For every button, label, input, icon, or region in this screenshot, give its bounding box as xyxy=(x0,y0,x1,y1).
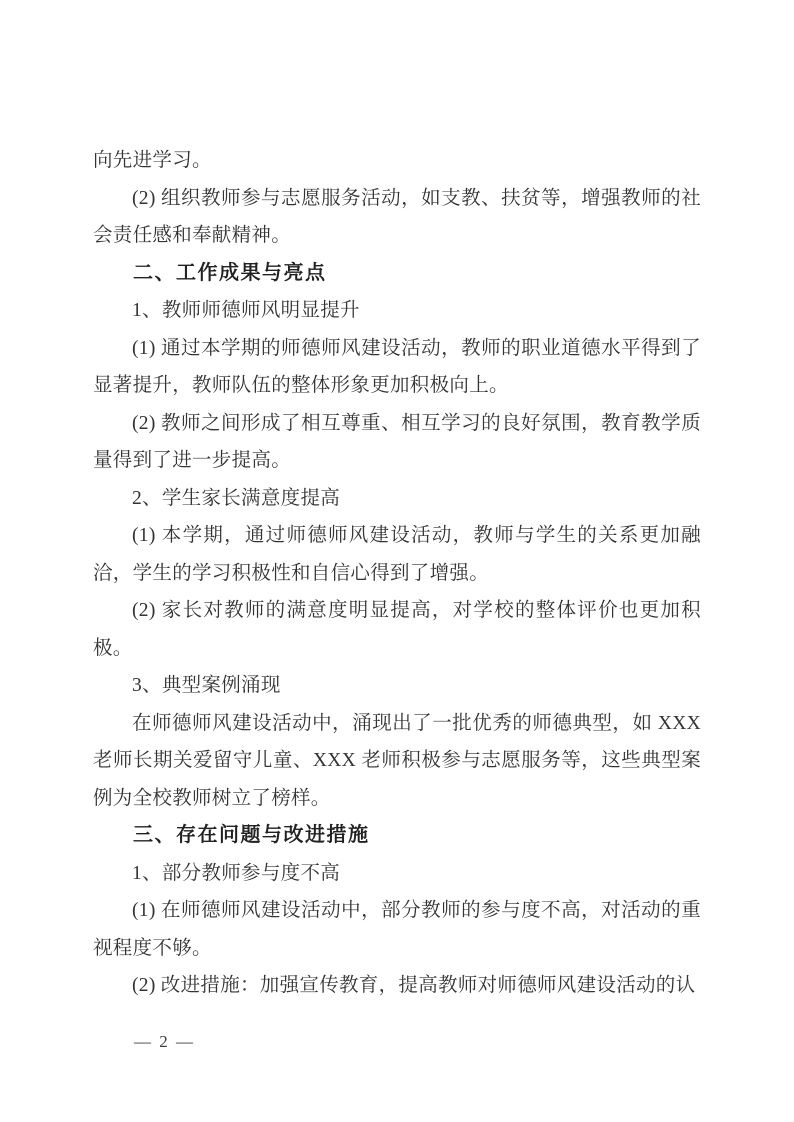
paragraph: (2) 组织教师参与志愿服务活动，如支教、扶贫等，增强教师的社会责任感和奉献精神… xyxy=(93,180,701,255)
list-item-heading: 2、学生家长满意度提高 xyxy=(93,480,701,518)
paragraph-truncated: (2) 改进措施：加强宣传教育，提高教师对师德师风建设活动的认 xyxy=(93,967,701,1005)
document-body: 向先进学习。 (2) 组织教师参与志愿服务活动，如支教、扶贫等，增强教师的社会责… xyxy=(93,142,701,1005)
list-item-heading: 1、部分教师参与度不高 xyxy=(93,855,701,893)
paragraph: (1) 在师德师风建设活动中，部分教师的参与度不高，对活动的重视程度不够。 xyxy=(93,892,701,967)
section-heading-3: 三、存在问题与改进措施 xyxy=(93,817,701,855)
page-number: — 2 — xyxy=(134,1030,195,1054)
list-item-heading: 3、典型案例涌现 xyxy=(93,667,701,705)
paragraph: (2) 教师之间形成了相互尊重、相互学习的良好氛围，教育教学质量得到了进一步提高… xyxy=(93,405,701,480)
paragraph: (2) 家长对教师的满意度明显提高，对学校的整体评价也更加积极。 xyxy=(93,592,701,667)
paragraph-continuation: 向先进学习。 xyxy=(93,142,701,180)
paragraph: (1) 通过本学期的师德师风建设活动，教师的职业道德水平得到了显著提升，教师队伍… xyxy=(93,330,701,405)
paragraph: 在师德师风建设活动中，涌现出了一批优秀的师德典型，如 XXX 老师长期关爱留守儿… xyxy=(93,705,701,818)
list-item-heading: 1、教师师德师风明显提升 xyxy=(93,292,701,330)
document-page: 向先进学习。 (2) 组织教师参与志愿服务活动，如支教、扶贫等，增强教师的社会责… xyxy=(0,0,794,1122)
paragraph: (1) 本学期，通过师德师风建设活动，教师与学生的关系更加融洽，学生的学习积极性… xyxy=(93,517,701,592)
section-heading-2: 二、工作成果与亮点 xyxy=(93,255,701,293)
